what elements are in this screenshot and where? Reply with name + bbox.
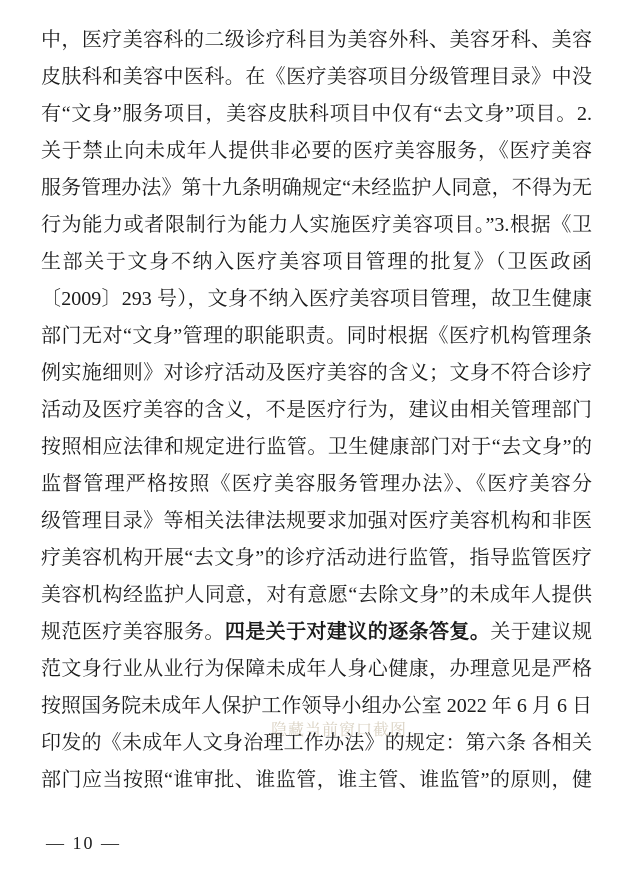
- text-segment: 例实施细则》对诊疗活动及医疗美容的含义；文身不符合诊疗: [41, 362, 592, 384]
- text-segment: 疗美容机构开展“去文身”的诊疗活动进行监管，指导监管医疗: [41, 547, 592, 569]
- text-line: 疗美容机构开展“去文身”的诊疗活动进行监管，指导监管医疗: [41, 540, 592, 577]
- text-line: 有“文身”服务项目，美容皮肤科项目中仅有“去文身”项目。2.: [41, 96, 592, 133]
- text-line: 生部关于文身不纳入医疗美容项目管理的批复》（卫医政函: [41, 244, 592, 281]
- text-line: 服务管理办法》第十九条明确规定“未经监护人同意，不得为无: [41, 170, 592, 207]
- text-segment: 监督管理严格按照《医疗美容服务管理办法》、《医疗美容分: [41, 473, 592, 495]
- text-line: 皮肤科和美容中医科。在《医疗美容项目分级管理目录》中没: [41, 59, 592, 96]
- text-segment: 皮肤科和美容中医科。在《医疗美容项目分级管理目录》中没: [41, 66, 592, 88]
- text-line: 行为能力或者限制行为能力人实施医疗美容项目。”3.根据《卫: [41, 207, 592, 244]
- text-segment: 美容机构经监护人同意，对有意愿“去除文身”的未成年人提供: [41, 584, 592, 606]
- text-line: 规范医疗美容服务。四是关于对建议的逐条答复。关于建议规: [41, 614, 592, 651]
- text-line: 美容机构经监护人同意，对有意愿“去除文身”的未成年人提供: [41, 577, 592, 614]
- document-page: 隐藏当前窗口截图 中，医疗美容科的二级诊疗科目为美容外科、美容牙科、美容皮肤科和…: [0, 0, 636, 880]
- text-line: 关于禁止向未成年人提供非必要的医疗美容服务，《医疗美容: [41, 133, 592, 170]
- text-segment: 按照相应法律和规定进行监管。卫生健康部门对于“去文身”的: [41, 436, 592, 458]
- text-line: 范文身行业从业行为保障未成年人身心健康，办理意见是严格: [41, 651, 592, 688]
- text-segment: 关于建议规: [490, 621, 592, 643]
- text-line: 〔2009〕293 号），文身不纳入医疗美容项目管理，故卫生健康: [41, 281, 592, 318]
- text-segment: 规范医疗美容服务。: [41, 621, 225, 643]
- text-segment: 级管理目录》等相关法律法规要求加强对医疗美容机构和非医: [41, 510, 592, 532]
- text-segment: 活动及医疗美容的含义，不是医疗行为，建议由相关管理部门: [41, 399, 592, 421]
- text-line: 级管理目录》等相关法律法规要求加强对医疗美容机构和非医: [41, 503, 592, 540]
- text-segment: 部门无对“文身”管理的职能职责。同时根据《医疗机构管理条: [41, 325, 592, 347]
- text-segment: 范文身行业从业行为保障未成年人身心健康，办理意见是严格: [41, 658, 592, 680]
- text-line: 活动及医疗美容的含义，不是医疗行为，建议由相关管理部门: [41, 392, 592, 429]
- page-number: — 10 —: [46, 833, 121, 853]
- text-segment: 中，医疗美容科的二级诊疗科目为美容外科、美容牙科、美容: [41, 29, 592, 51]
- text-segment: 关于禁止向未成年人提供非必要的医疗美容服务，《医疗美容: [41, 140, 592, 162]
- text-segment: 印发的《未成年人文身治理工作办法》的规定：第六条 各相关: [41, 732, 592, 754]
- text-segment: 生部关于文身不纳入医疗美容项目管理的批复》（卫医政函: [41, 251, 592, 273]
- body-text-block: 中，医疗美容科的二级诊疗科目为美容外科、美容牙科、美容皮肤科和美容中医科。在《医…: [41, 22, 592, 799]
- text-line: 例实施细则》对诊疗活动及医疗美容的含义；文身不符合诊疗: [41, 355, 592, 392]
- text-line: 监督管理严格按照《医疗美容服务管理办法》、《医疗美容分: [41, 466, 592, 503]
- text-segment: 〔2009〕293 号），文身不纳入医疗美容项目管理，故卫生健康: [41, 288, 592, 310]
- text-line: 部门应当按照“谁审批、谁监管，谁主管、谁监管”的原则，健: [41, 762, 592, 799]
- text-line: 按照相应法律和规定进行监管。卫生健康部门对于“去文身”的: [41, 429, 592, 466]
- text-segment: 部门应当按照“谁审批、谁监管，谁主管、谁监管”的原则，健: [41, 769, 592, 791]
- text-line: 按照国务院未成年人保护工作领导小组办公室 2022 年 6 月 6 日: [41, 688, 592, 725]
- text-line: 部门无对“文身”管理的职能职责。同时根据《医疗机构管理条: [41, 318, 592, 355]
- text-segment: 服务管理办法》第十九条明确规定“未经监护人同意，不得为无: [41, 177, 592, 199]
- text-line: 印发的《未成年人文身治理工作办法》的规定：第六条 各相关: [41, 725, 592, 762]
- text-line: 中，医疗美容科的二级诊疗科目为美容外科、美容牙科、美容: [41, 22, 592, 59]
- text-segment: 按照国务院未成年人保护工作领导小组办公室 2022 年 6 月 6 日: [41, 695, 592, 717]
- text-segment: 行为能力或者限制行为能力人实施医疗美容项目。”3.根据《卫: [41, 214, 592, 236]
- page-footer: — 10 —: [46, 832, 121, 854]
- bold-text-segment: 四是关于对建议的逐条答复。: [225, 621, 491, 643]
- text-segment: 有“文身”服务项目，美容皮肤科项目中仅有“去文身”项目。2.: [41, 103, 592, 125]
